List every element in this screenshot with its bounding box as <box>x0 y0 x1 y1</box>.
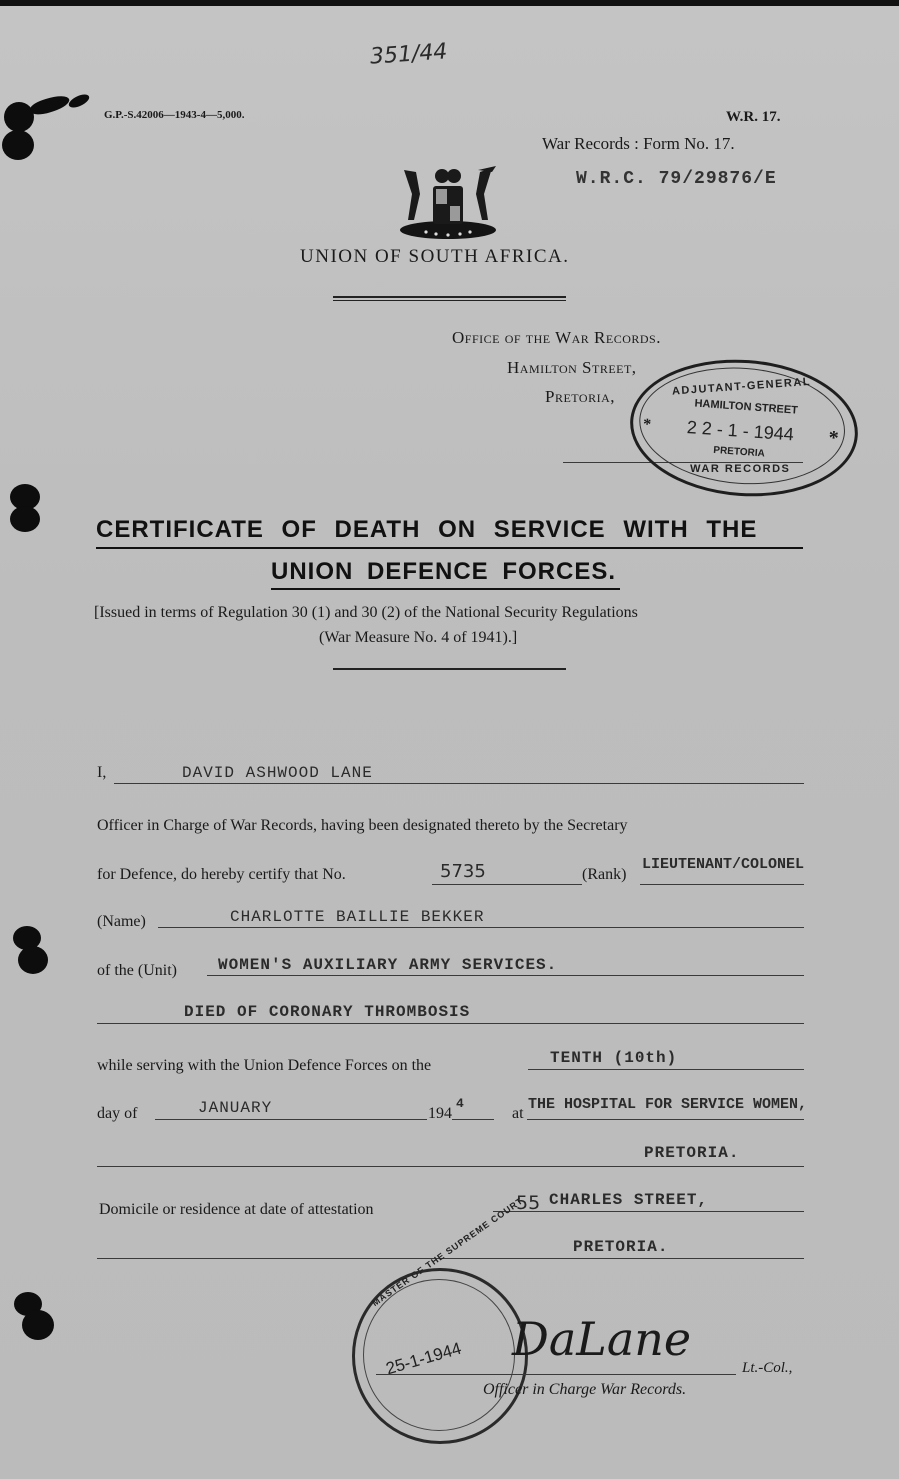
rank-label: (Rank) <box>582 866 626 884</box>
certificate-title-line-1: CERTIFICATE OF DEATH ON SERVICE WITH THE <box>96 516 757 544</box>
reference-stamp: W.R.C. 79/29876/E <box>576 169 777 189</box>
war-records-date-stamp: ADJUTANT-GENERAL HAMILTON STREET 2 2 - 1… <box>626 352 863 504</box>
label-i: I, <box>97 764 106 782</box>
print-code: G.P.-S.42006—1943-4—5,000. <box>104 109 244 121</box>
country-heading: UNION OF SOUTH AFRICA. <box>300 246 569 268</box>
section-rule <box>333 668 566 670</box>
certifying-officer-line <box>114 783 804 784</box>
issued-line-1: [Issued in terms of Regulation 30 (1) an… <box>94 604 638 622</box>
cause-line <box>97 1023 804 1024</box>
service-number-line <box>432 884 582 885</box>
month-line <box>155 1119 427 1120</box>
punch-hole-ink-blot <box>2 130 34 160</box>
ink-splotch <box>67 92 91 110</box>
place-line-2 <box>97 1166 804 1167</box>
punch-hole <box>22 1310 54 1340</box>
at-label: at <box>512 1105 524 1123</box>
domicile-label: Domicile or residence at date of attesta… <box>99 1201 374 1219</box>
file-number-handwritten: 351/44 <box>369 39 448 69</box>
rank-field: LIEUTENANT/COLONEL <box>642 856 804 873</box>
certify-label: for Defence, do hereby certify that No. <box>97 866 346 884</box>
domicile-line-2 <box>97 1258 804 1259</box>
death-place-line-2: PRETORIA. <box>644 1144 739 1162</box>
cause-of-death-field: DIED OF CORONARY THROMBOSIS <box>184 1003 470 1021</box>
year-line <box>452 1119 494 1120</box>
death-month-field: JANUARY <box>198 1099 272 1117</box>
stamp-star-right: * <box>828 427 840 451</box>
supreme-court-stamp: MASTER OF THE SUPREME COURT 25-1-1944 <box>352 1268 528 1444</box>
place-line <box>527 1119 804 1120</box>
unit-line <box>207 975 804 976</box>
death-place-line-1: THE HOSPITAL FOR SERVICE WOMEN, <box>528 1096 807 1113</box>
rank-line <box>640 884 804 885</box>
office-line-1: Office of the War Records. <box>452 328 661 348</box>
certifying-officer-field: DAVID ASHWOOD LANE <box>182 764 373 782</box>
form-code: W.R. 17. <box>726 109 780 126</box>
title-underline-2 <box>271 588 620 590</box>
certificate-title-line-2: UNION DEFENCE FORCES. <box>271 558 616 586</box>
coat-of-arms-icon <box>396 164 500 242</box>
stamp-bottom-arc: WAR RECORDS <box>690 463 790 475</box>
day-line <box>528 1069 804 1070</box>
signature-rank: Lt.-Col., <box>742 1360 792 1377</box>
name-label: (Name) <box>97 913 146 931</box>
signature-title: Officer in Charge War Records. <box>483 1381 686 1399</box>
death-day-field: TENTH (10th) <box>550 1049 677 1067</box>
death-year-digit-field: 4 <box>456 1096 465 1111</box>
officer-statement: Officer in Charge of War Records, having… <box>97 817 628 835</box>
unit-field: WOMEN'S AUXILIARY ARMY SERVICES. <box>218 956 557 974</box>
year-prefix-label: 194 <box>428 1105 452 1123</box>
title-underline-1 <box>96 547 803 549</box>
signature-line <box>376 1374 736 1375</box>
ink-splotch <box>29 92 71 118</box>
domicile-line-2-field: PRETORIA. <box>573 1238 668 1256</box>
double-rule <box>333 296 566 301</box>
while-serving-label: while serving with the Union Defence For… <box>97 1057 431 1075</box>
certificate-page: 351/44 G.P.-S.42006—1943-4—5,000. W.R. 1… <box>0 6 899 1479</box>
form-name: War Records : Form No. 17. <box>542 134 735 154</box>
domicile-line-1-field: CHARLES STREET, <box>549 1191 708 1209</box>
stamp-star-left: * <box>642 416 651 435</box>
day-of-label: day of <box>97 1105 137 1123</box>
office-line-2: Hamilton Street, <box>507 358 637 378</box>
officer-signature: DaLane <box>512 1312 691 1366</box>
unit-label: of the (Unit) <box>97 962 177 980</box>
deceased-name-field: CHARLOTTE BAILLIE BEKKER <box>230 908 484 926</box>
issued-line-2: (War Measure No. 4 of 1941).] <box>319 629 517 647</box>
service-number-field: 5735 <box>440 861 486 882</box>
punch-hole <box>10 506 40 532</box>
office-line-3: Pretoria, <box>545 387 615 407</box>
punch-hole <box>18 946 48 974</box>
name-line <box>158 927 804 928</box>
